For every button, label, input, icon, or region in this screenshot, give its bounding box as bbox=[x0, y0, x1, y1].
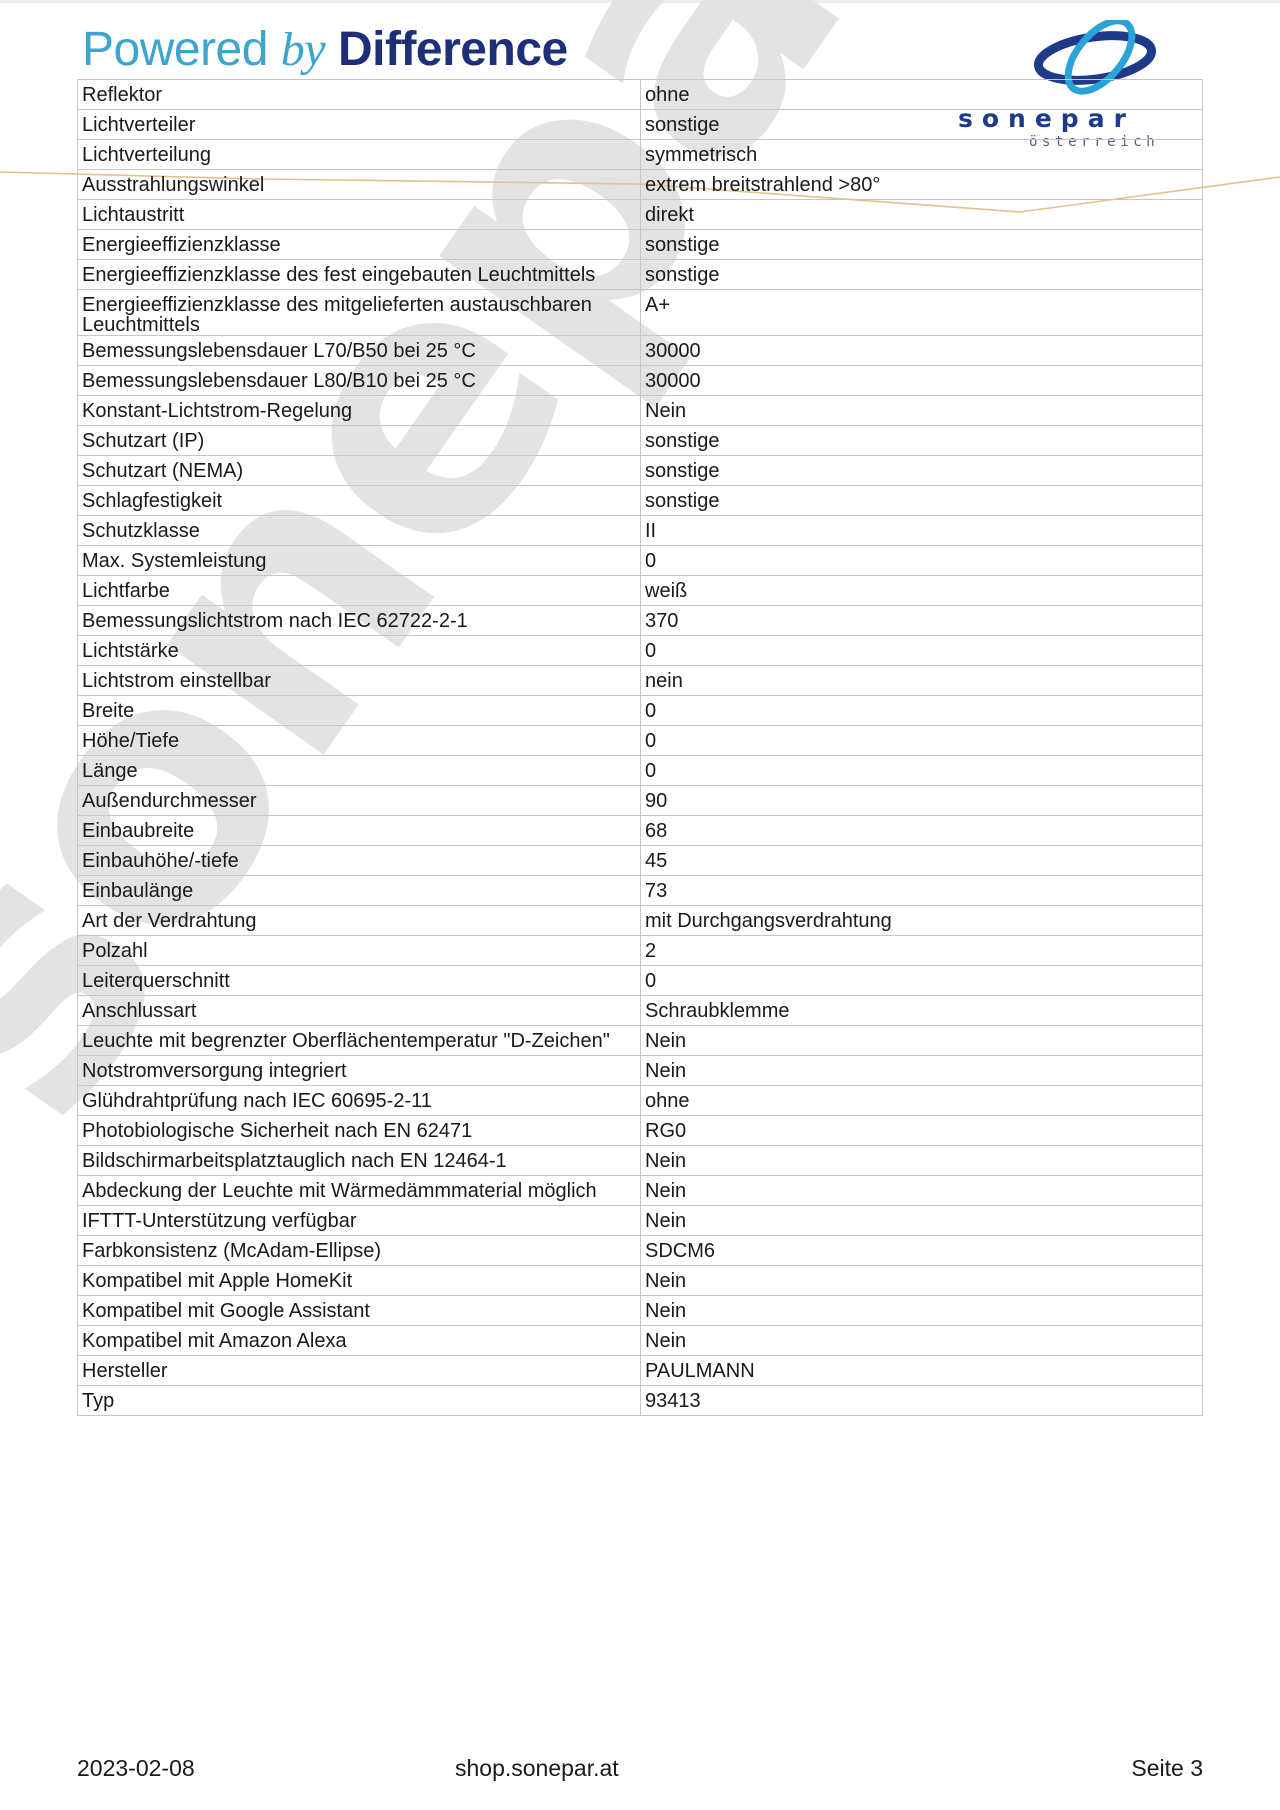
table-row: AnschlussartSchraubklemme bbox=[78, 996, 1203, 1026]
spec-label: Anschlussart bbox=[78, 996, 641, 1026]
table-row: Außendurchmesser90 bbox=[78, 786, 1203, 816]
table-row: Bemessungslebensdauer L80/B10 bei 25 °C3… bbox=[78, 366, 1203, 396]
spec-label: Hersteller bbox=[78, 1356, 641, 1386]
footer-page-number: Seite 3 bbox=[1131, 1755, 1203, 1782]
spec-value: Schraubklemme bbox=[641, 996, 1203, 1026]
spec-value: II bbox=[641, 516, 1203, 546]
spec-value: 0 bbox=[641, 636, 1203, 666]
table-row: Lichtaustrittdirekt bbox=[78, 200, 1203, 230]
table-row: Art der Verdrahtungmit Durchgangsverdrah… bbox=[78, 906, 1203, 936]
spec-value: ohne bbox=[641, 80, 1203, 110]
table-row: Kompatibel mit Apple HomeKitNein bbox=[78, 1266, 1203, 1296]
tagline-powered: Powered bbox=[82, 23, 268, 76]
table-row: Leuchte mit begrenzter Oberflächentemper… bbox=[78, 1026, 1203, 1056]
spec-value: sonstige bbox=[641, 230, 1203, 260]
spec-label: Abdeckung der Leuchte mit Wärmedämmmater… bbox=[78, 1176, 641, 1206]
spec-label: Farbkonsistenz (McAdam-Ellipse) bbox=[78, 1236, 641, 1266]
table-row: Notstromversorgung integriertNein bbox=[78, 1056, 1203, 1086]
spec-label: Breite bbox=[78, 696, 641, 726]
footer-url[interactable]: shop.sonepar.at bbox=[455, 1755, 619, 1782]
spec-label: Notstromversorgung integriert bbox=[78, 1056, 641, 1086]
spec-value: mit Durchgangsverdrahtung bbox=[641, 906, 1203, 936]
spec-label: Lichtstärke bbox=[78, 636, 641, 666]
spec-value: direkt bbox=[641, 200, 1203, 230]
table-row: Einbaubreite68 bbox=[78, 816, 1203, 846]
table-row: Glühdrahtprüfung nach IEC 60695-2-11ohne bbox=[78, 1086, 1203, 1116]
spec-value: 73 bbox=[641, 876, 1203, 906]
spec-label: Lichtfarbe bbox=[78, 576, 641, 606]
spec-label: Bemessungslebensdauer L80/B10 bei 25 °C bbox=[78, 366, 641, 396]
table-row: Photobiologische Sicherheit nach EN 6247… bbox=[78, 1116, 1203, 1146]
spec-value: 30000 bbox=[641, 366, 1203, 396]
spec-value: 370 bbox=[641, 606, 1203, 636]
table-row: Schutzart (IP)sonstige bbox=[78, 426, 1203, 456]
spec-value: 2 bbox=[641, 936, 1203, 966]
spec-label: Lichtverteiler bbox=[78, 110, 641, 140]
spec-value: 30000 bbox=[641, 336, 1203, 366]
spec-value: 0 bbox=[641, 756, 1203, 786]
table-row: Höhe/Tiefe0 bbox=[78, 726, 1203, 756]
spec-value: Nein bbox=[641, 1266, 1203, 1296]
table-row: Max. Systemleistung0 bbox=[78, 546, 1203, 576]
table-row: Einbaulänge73 bbox=[78, 876, 1203, 906]
spec-value: PAULMANN bbox=[641, 1356, 1203, 1386]
footer-date: 2023-02-08 bbox=[77, 1755, 195, 1782]
spec-label: Glühdrahtprüfung nach IEC 60695-2-11 bbox=[78, 1086, 641, 1116]
spec-label: Energieeffizienzklasse des mitgelieferte… bbox=[78, 290, 641, 336]
spec-value: SDCM6 bbox=[641, 1236, 1203, 1266]
spec-label: Lichtstrom einstellbar bbox=[78, 666, 641, 696]
spec-value: A+ bbox=[641, 290, 1203, 336]
table-row: Energieeffizienzklassesonstige bbox=[78, 230, 1203, 260]
spec-label: Lichtaustritt bbox=[78, 200, 641, 230]
spec-label: Einbaulänge bbox=[78, 876, 641, 906]
table-row: Einbauhöhe/-tiefe45 bbox=[78, 846, 1203, 876]
spec-value: extrem breitstrahlend >80° bbox=[641, 170, 1203, 200]
table-row: Lichtstrom einstellbarnein bbox=[78, 666, 1203, 696]
spec-value: sonstige bbox=[641, 426, 1203, 456]
spec-value: symmetrisch bbox=[641, 140, 1203, 170]
spec-label: Typ bbox=[78, 1386, 641, 1416]
spec-value: Nein bbox=[641, 1146, 1203, 1176]
top-divider bbox=[0, 0, 1280, 3]
spec-label: Kompatibel mit Amazon Alexa bbox=[78, 1326, 641, 1356]
table-row: Lichtverteilersonstige bbox=[78, 110, 1203, 140]
tagline-difference: Difference bbox=[338, 23, 568, 76]
spec-label: IFTTT-Unterstützung verfügbar bbox=[78, 1206, 641, 1236]
spec-label: Höhe/Tiefe bbox=[78, 726, 641, 756]
spec-value: nein bbox=[641, 666, 1203, 696]
table-row: HerstellerPAULMANN bbox=[78, 1356, 1203, 1386]
table-row: Lichtfarbeweiß bbox=[78, 576, 1203, 606]
spec-value: 0 bbox=[641, 726, 1203, 756]
spec-label: Bildschirmarbeitsplatztauglich nach EN 1… bbox=[78, 1146, 641, 1176]
spec-label: Länge bbox=[78, 756, 641, 786]
table-row: Konstant-Lichtstrom-RegelungNein bbox=[78, 396, 1203, 426]
table-row: Energieeffizienzklasse des mitgelieferte… bbox=[78, 290, 1203, 336]
spec-value: sonstige bbox=[641, 260, 1203, 290]
table-row: Farbkonsistenz (McAdam-Ellipse)SDCM6 bbox=[78, 1236, 1203, 1266]
spec-label: Kompatibel mit Apple HomeKit bbox=[78, 1266, 641, 1296]
spec-value: 90 bbox=[641, 786, 1203, 816]
spec-value: 0 bbox=[641, 966, 1203, 996]
tagline: Powered by Difference bbox=[82, 20, 568, 80]
table-row: Bildschirmarbeitsplatztauglich nach EN 1… bbox=[78, 1146, 1203, 1176]
spec-label: Schutzart (IP) bbox=[78, 426, 641, 456]
spec-value: Nein bbox=[641, 1056, 1203, 1086]
spec-label: Einbauhöhe/-tiefe bbox=[78, 846, 641, 876]
table-row: Polzahl2 bbox=[78, 936, 1203, 966]
spec-label: Max. Systemleistung bbox=[78, 546, 641, 576]
spec-label: Kompatibel mit Google Assistant bbox=[78, 1296, 641, 1326]
spec-value: sonstige bbox=[641, 486, 1203, 516]
table-row: Kompatibel mit Google AssistantNein bbox=[78, 1296, 1203, 1326]
spec-label: Konstant-Lichtstrom-Regelung bbox=[78, 396, 641, 426]
table-row: Schutzart (NEMA)sonstige bbox=[78, 456, 1203, 486]
spec-label: Bemessungslichtstrom nach IEC 62722-2-1 bbox=[78, 606, 641, 636]
spec-label: Einbaubreite bbox=[78, 816, 641, 846]
table-row: Energieeffizienzklasse des fest eingebau… bbox=[78, 260, 1203, 290]
spec-value: RG0 bbox=[641, 1116, 1203, 1146]
table-row: Breite0 bbox=[78, 696, 1203, 726]
spec-label: Schlagfestigkeit bbox=[78, 486, 641, 516]
table-row: Kompatibel mit Amazon AlexaNein bbox=[78, 1326, 1203, 1356]
spec-value: sonstige bbox=[641, 110, 1203, 140]
spec-label: Photobiologische Sicherheit nach EN 6247… bbox=[78, 1116, 641, 1146]
spec-label: Energieeffizienzklasse des fest eingebau… bbox=[78, 260, 641, 290]
spec-label: Polzahl bbox=[78, 936, 641, 966]
spec-table: ReflektorohneLichtverteilersonstigeLicht… bbox=[77, 79, 1203, 1416]
table-row: Abdeckung der Leuchte mit Wärmedämmmater… bbox=[78, 1176, 1203, 1206]
spec-value: Nein bbox=[641, 1206, 1203, 1236]
spec-label: Leuchte mit begrenzter Oberflächentemper… bbox=[78, 1026, 641, 1056]
spec-value: 45 bbox=[641, 846, 1203, 876]
table-row: Typ93413 bbox=[78, 1386, 1203, 1416]
spec-value: Nein bbox=[641, 1296, 1203, 1326]
table-row: IFTTT-Unterstützung verfügbarNein bbox=[78, 1206, 1203, 1236]
table-row: Lichtstärke0 bbox=[78, 636, 1203, 666]
spec-value: Nein bbox=[641, 1026, 1203, 1056]
spec-value: Nein bbox=[641, 1176, 1203, 1206]
spec-label: Lichtverteilung bbox=[78, 140, 641, 170]
spec-label: Schutzart (NEMA) bbox=[78, 456, 641, 486]
spec-value: sonstige bbox=[641, 456, 1203, 486]
spec-value: 68 bbox=[641, 816, 1203, 846]
spec-value: ohne bbox=[641, 1086, 1203, 1116]
spec-value: 0 bbox=[641, 696, 1203, 726]
spec-label: Reflektor bbox=[78, 80, 641, 110]
table-row: Bemessungslebensdauer L70/B50 bei 25 °C3… bbox=[78, 336, 1203, 366]
spec-label: Leiterquerschnitt bbox=[78, 966, 641, 996]
spec-label: Bemessungslebensdauer L70/B50 bei 25 °C bbox=[78, 336, 641, 366]
table-row: Reflektorohne bbox=[78, 80, 1203, 110]
table-row: Länge0 bbox=[78, 756, 1203, 786]
spec-label: Außendurchmesser bbox=[78, 786, 641, 816]
tagline-by: by bbox=[281, 23, 325, 76]
spec-value: 93413 bbox=[641, 1386, 1203, 1416]
table-row: Leiterquerschnitt0 bbox=[78, 966, 1203, 996]
spec-label: Art der Verdrahtung bbox=[78, 906, 641, 936]
table-row: SchutzklasseII bbox=[78, 516, 1203, 546]
table-row: Schlagfestigkeitsonstige bbox=[78, 486, 1203, 516]
spec-value: Nein bbox=[641, 1326, 1203, 1356]
table-row: Lichtverteilungsymmetrisch bbox=[78, 140, 1203, 170]
table-row: Bemessungslichtstrom nach IEC 62722-2-13… bbox=[78, 606, 1203, 636]
spec-label: Schutzklasse bbox=[78, 516, 641, 546]
spec-label: Ausstrahlungswinkel bbox=[78, 170, 641, 200]
table-row: Ausstrahlungswinkelextrem breitstrahlend… bbox=[78, 170, 1203, 200]
spec-value: weiß bbox=[641, 576, 1203, 606]
spec-label: Energieeffizienzklasse bbox=[78, 230, 641, 260]
spec-value: Nein bbox=[641, 396, 1203, 426]
spec-value: 0 bbox=[641, 546, 1203, 576]
